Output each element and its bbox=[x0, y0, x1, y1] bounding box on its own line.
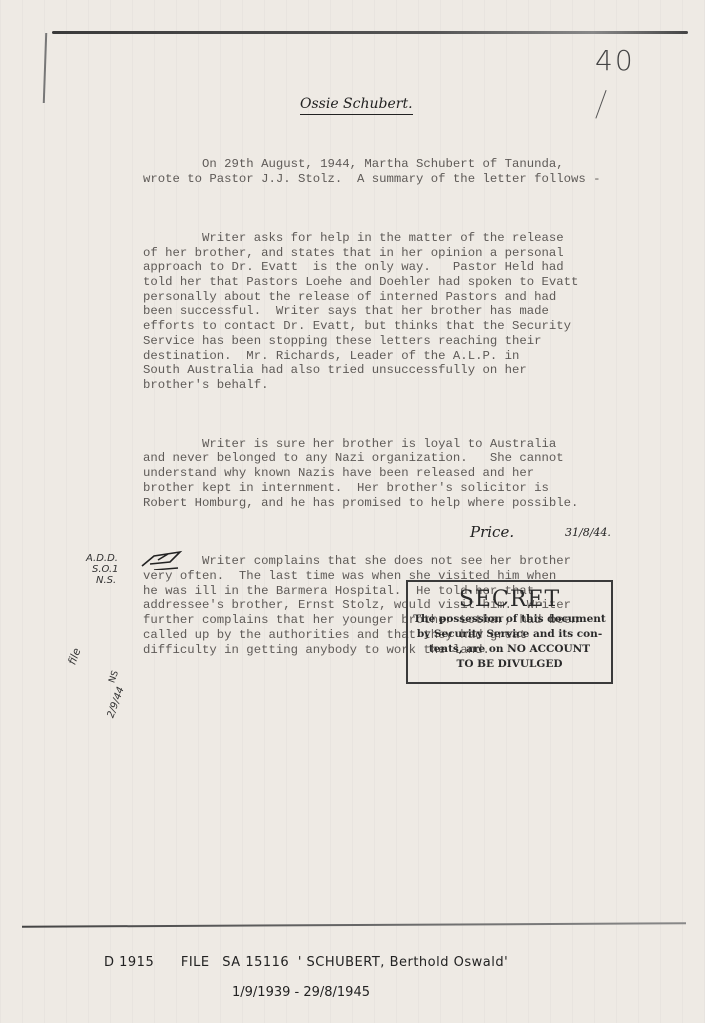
archive-date-range: 1/9/1939 - 29/8/1945 bbox=[232, 985, 370, 1000]
routing-note: A.D.D. S.O.1 N.S. bbox=[86, 553, 119, 586]
archive-reference: D 1915 FILE SA 15116 ' SCHUBERT, Berthol… bbox=[104, 955, 530, 970]
page-number: 40 bbox=[595, 44, 635, 77]
margin-mark bbox=[43, 33, 47, 103]
paragraph-loyalty: Writer is sure her brother is loyal to A… bbox=[143, 437, 623, 511]
routing-line: A.D.D. bbox=[86, 553, 119, 564]
initials-scribble-icon bbox=[140, 548, 190, 570]
stamp-line: The possession of this document bbox=[408, 612, 611, 627]
bottom-rule bbox=[22, 922, 686, 927]
file-number: SA 15116 bbox=[222, 955, 289, 970]
tick-mark bbox=[595, 90, 621, 124]
file-initials: NS bbox=[107, 669, 121, 684]
file-label: FILE bbox=[181, 955, 210, 970]
document-page: 40 Ossie Schubert. On 29th August, 1944,… bbox=[0, 0, 705, 1023]
signature: Price. bbox=[470, 523, 514, 541]
routing-line: N.S. bbox=[86, 575, 119, 586]
file-subject: ' SCHUBERT, Berthold Oswald' bbox=[298, 955, 508, 970]
routing-line: S.O.1 bbox=[86, 564, 119, 575]
signature-date: 31/8/44. bbox=[565, 526, 611, 539]
paragraph-intro: On 29th August, 1944, Martha Schubert of… bbox=[143, 157, 623, 186]
top-rule bbox=[52, 31, 688, 34]
paragraph-request: Writer asks for help in the matter of th… bbox=[143, 231, 623, 393]
stamp-line: tents, are on NO ACCOUNT bbox=[408, 642, 611, 657]
file-date: 2/9/44 bbox=[105, 685, 126, 719]
stamp-title: SECRET bbox=[408, 588, 611, 612]
doc-id: D 1915 bbox=[104, 955, 154, 970]
document-heading: Ossie Schubert. bbox=[300, 96, 413, 115]
secret-stamp: SECRET The possession of this document b… bbox=[406, 580, 613, 684]
stamp-line: TO BE DIVULGED bbox=[408, 657, 611, 672]
file-annotation: file bbox=[65, 646, 83, 666]
stamp-line: by Security Service and its con- bbox=[408, 627, 611, 642]
